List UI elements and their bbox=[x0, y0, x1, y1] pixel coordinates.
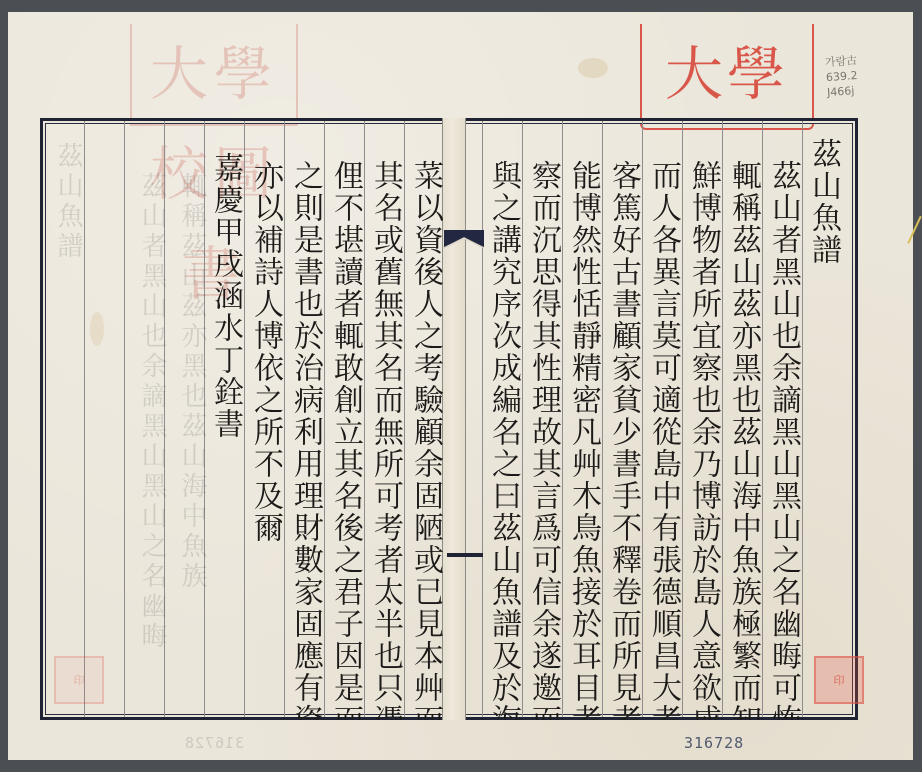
column-rule bbox=[642, 121, 643, 717]
paper-stain bbox=[578, 58, 608, 78]
text-column-7: 察而沉思得其性理故其言爲可信余遂邀而館之 bbox=[525, 160, 561, 720]
seal-ghost-top-left: 大學校圖書 bbox=[130, 24, 298, 126]
bleed-through-number: 316728 bbox=[184, 734, 244, 752]
text-column-13: 亦以補詩人博依之所不及爾 bbox=[247, 160, 283, 720]
pencil-line: J466j bbox=[827, 83, 860, 100]
text-column-11: 俚不堪讀者輒敢創立其名後之君子因是而修潤 bbox=[327, 160, 363, 720]
column-rule bbox=[522, 121, 523, 717]
column-rule bbox=[244, 121, 245, 717]
bleed-through-text: 茲山者黑山也余謫黑山黑山之名幽晦 bbox=[134, 172, 171, 652]
text-column-12: 之則是書也於治病利用理財數家固應有資而 bbox=[287, 160, 323, 720]
column-rule bbox=[324, 121, 325, 717]
fishtail-mark-icon bbox=[444, 230, 484, 250]
pencil-call-number: 가람古 639.2 J466j bbox=[824, 53, 859, 100]
library-seal-bottom-right: 印 bbox=[814, 656, 864, 704]
center-fold bbox=[442, 118, 466, 720]
book-title-column: 茲山魚譜 bbox=[805, 138, 841, 698]
column-rule bbox=[284, 121, 285, 717]
scanned-page: 大學校圖書 大學校圖書 가람古 639.2 J466j 茲山魚譜 茲山者黑山也余… bbox=[8, 12, 913, 760]
bleed-through-text: 輒稱茲山茲亦黑也茲山海中魚族 bbox=[174, 172, 211, 592]
column-rule bbox=[762, 121, 763, 717]
column-rule bbox=[722, 121, 723, 717]
text-column-2: 輒稱茲山茲亦黑也茲山海中魚族極繁而知名者 bbox=[725, 160, 761, 720]
accession-number: 316728 bbox=[684, 734, 744, 752]
column-rule bbox=[802, 121, 803, 717]
text-column-4: 而人各異言莫可適從島中有張德順昌大者杜門謝 bbox=[645, 160, 681, 720]
text-column-10: 其名或舊無其名而無所可考者太半也只憑俗呼 bbox=[367, 160, 403, 720]
text-column-6: 能博然性恬靜精密凡艸木鳥魚接於耳目者皆細 bbox=[565, 160, 601, 720]
text-column-5: 客篤好古書顧家貧少書手不釋卷而所見者不 bbox=[605, 160, 641, 720]
paper-stain bbox=[90, 312, 104, 346]
column-rule bbox=[682, 121, 683, 717]
column-rule bbox=[124, 121, 125, 717]
column-rule bbox=[562, 121, 563, 717]
colophon-column: 嘉慶甲戌涵水丁銓書 bbox=[207, 152, 243, 712]
bleed-through-title: 茲山魚譜 bbox=[50, 142, 87, 262]
text-column-8: 與之講究序次成編名之曰茲山魚譜及於海禽海 bbox=[485, 160, 521, 720]
text-column-1: 茲山者黑山也余謫黑山黑山之名幽晦可怖家人書牘 bbox=[765, 160, 801, 720]
column-rule bbox=[482, 121, 483, 717]
text-column-3: 鮮博物者所宜察也余乃博訪於島人意欲成譜 bbox=[685, 160, 721, 720]
text-column-9: 菜以資後人之考驗顧余固陋或已見本艸而不聞 bbox=[407, 160, 443, 720]
column-rule bbox=[602, 121, 603, 717]
yellow-thread-mark bbox=[907, 216, 922, 248]
library-seal-top-right: 大學校圖書 bbox=[640, 24, 814, 130]
seal-ghost-bottom-left: 印 bbox=[54, 656, 104, 704]
column-rule bbox=[404, 121, 405, 717]
fold-bar-mark bbox=[447, 553, 483, 557]
column-rule bbox=[364, 121, 365, 717]
